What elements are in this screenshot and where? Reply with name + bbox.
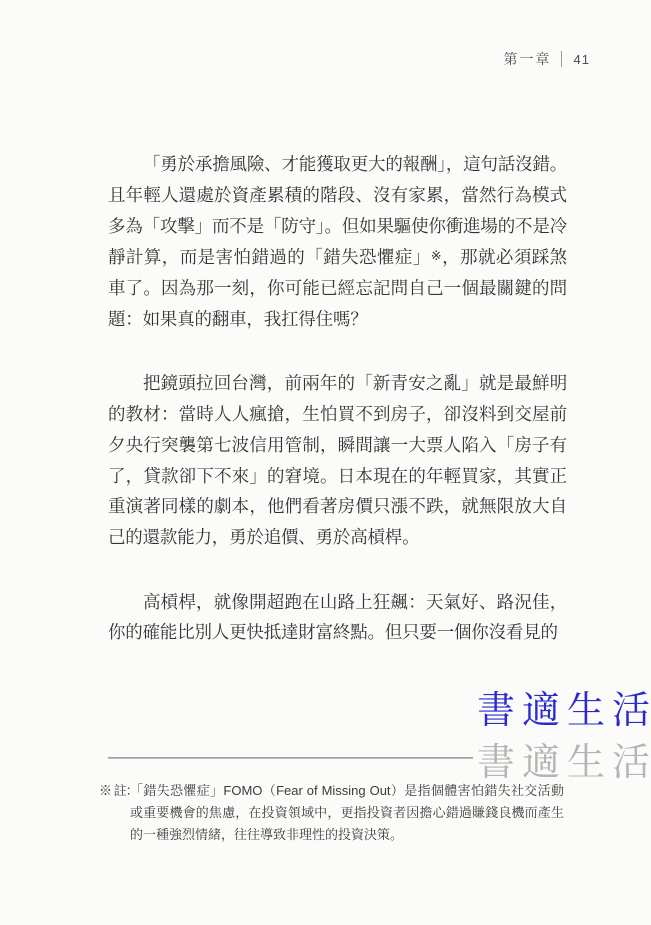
- footnote-divider-line: [108, 757, 473, 759]
- footnote-reference-mark: ※: [431, 248, 442, 263]
- footnote-text: 「錯失恐懼症」FOMO（Fear of Missing Out）是指個體害怕錯失…: [130, 783, 564, 842]
- paragraph-3: 高槓桿，就像開超跑在山路上狂飆：天氣好、路況佳，你的確能比別人更快抵達財富終點。…: [108, 587, 567, 649]
- watermark-blue: 書適生活: [477, 692, 651, 730]
- header-divider-line: [561, 51, 562, 67]
- main-text: 「勇於承擔風險、才能獲取更大的報酬」，這句話沒錯。且年輕人還處於資產累積的階段、…: [108, 149, 567, 648]
- watermark-gray: 書適生活: [477, 744, 651, 782]
- footnote: ※ 註：「錯失恐懼症」FOMO（Fear of Missing Out）是指個體…: [99, 780, 564, 846]
- footnote-text-block: ※ 註：「錯失恐懼症」FOMO（Fear of Missing Out）是指個體…: [99, 780, 564, 846]
- chapter-title: 第一章: [504, 49, 552, 69]
- footnote-label: ※ 註：: [99, 780, 138, 802]
- paragraph-2: 把鏡頭拉回台灣，前兩年的「新青安之亂」就是最鮮明的教材：當時人人瘋搶，生怕買不到…: [108, 368, 567, 553]
- page-header: 第一章 41: [504, 49, 590, 69]
- book-page: 第一章 41 「勇於承擔風險、才能獲取更大的報酬」，這句話沒錯。且年輕人還處於資…: [0, 0, 651, 925]
- page-number: 41: [574, 52, 590, 67]
- paragraph-1: 「勇於承擔風險、才能獲取更大的報酬」，這句話沒錯。且年輕人還處於資產累積的階段、…: [108, 149, 567, 335]
